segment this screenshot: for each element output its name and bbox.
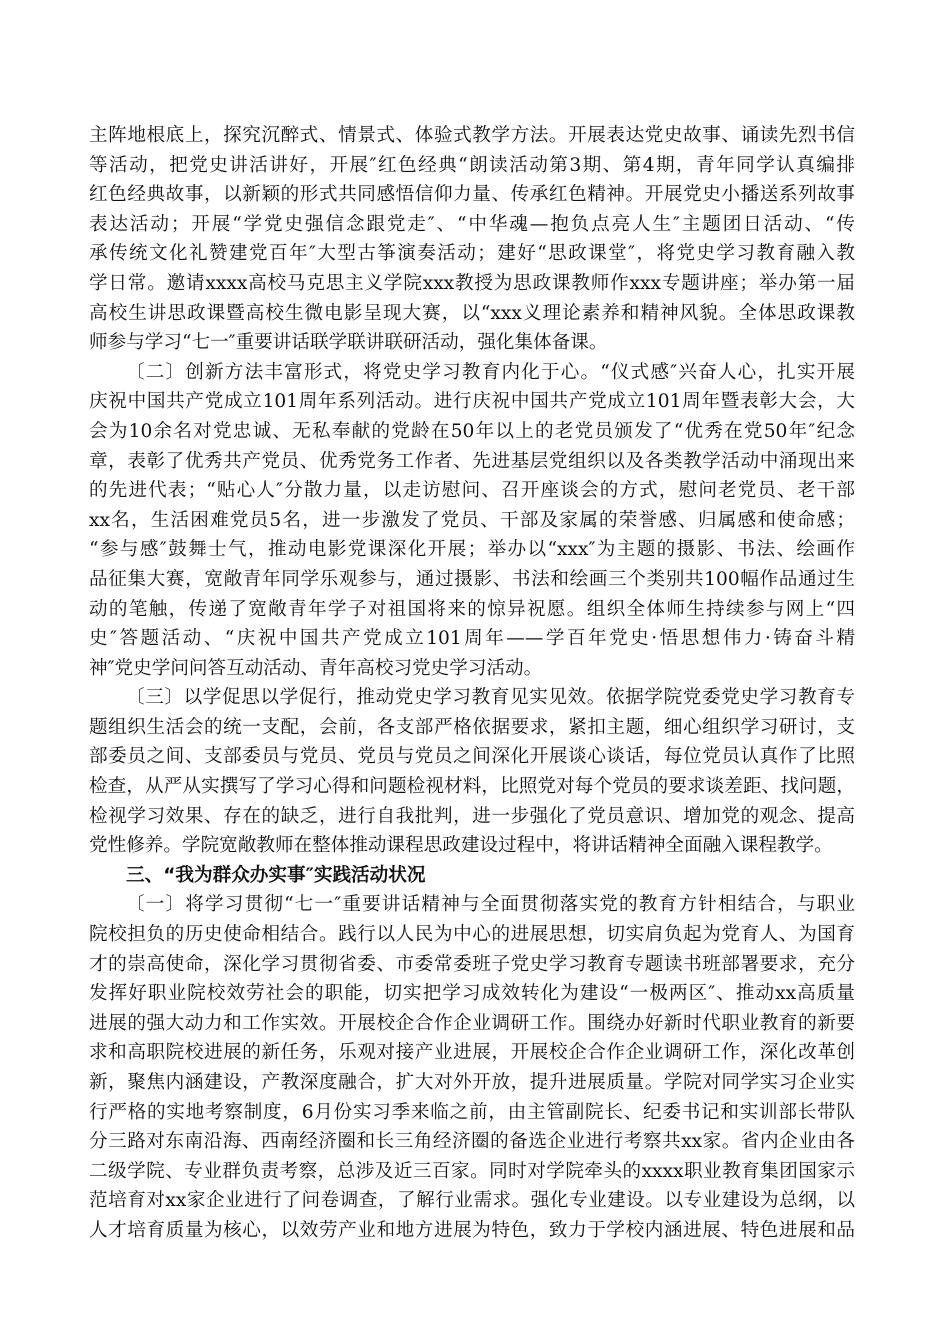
text-line: 师参与学习“七一″重要讲话联学联讲联研活动，强化集体备课。 xyxy=(89,328,855,358)
text-line: 史″答题活动、“庆祝中国共产党成立101周年——学百年党史·悟思想伟力·铸奋斗精 xyxy=(89,624,855,654)
text-line: 动的笔触，传递了宽敞青年学子对祖国将来的惊异祝愿。组织全体师生持续参与网上“四 xyxy=(89,595,855,625)
paragraph-section-one: 〔一〕将学习贯彻“七一″重要讲话精神与全面贯彻落实党的教育方针相结合，与职业 院… xyxy=(89,890,855,1245)
text-line: 人才培育质量为核心，以效劳产业和地方进展为特色，致力于学校内涵进展、特色进展和品 xyxy=(89,1216,855,1246)
text-line: 表达活动；开展“学党史强信念跟党走″、“中华魂—抱负点亮人生″主题团日活动、“传 xyxy=(89,210,855,240)
text-line: 学日常。邀请xxxx高校马克思主义学院xxx教授为思政课教师作xxx专题讲座；举… xyxy=(89,269,855,299)
text-line: 的先进代表；“贴心人″分散力量，以走访慰问、召开座谈会的方式，慰问老党员、老干部 xyxy=(89,476,855,506)
text-line: xx名，生活困难党员5名，进一步激发了党员、干部及家属的荣誉感、归属感和使命感； xyxy=(89,506,855,536)
text-line: 会为10余名对党忠诚、无私奉献的党龄在50年以上的老党员颁发了“优秀在党50年″… xyxy=(89,417,855,447)
text-line: 〔一〕将学习贯彻“七一″重要讲话精神与全面贯彻落实党的教育方针相结合，与职业 xyxy=(89,890,855,920)
section-heading: 三、“我为群众办实事″实践活动状况 xyxy=(89,861,855,891)
text-line: 庆祝中国共产党成立101周年系列活动。进行庆祝中国共产党成立101周年暨表彰大会… xyxy=(89,387,855,417)
text-line: 检视学习效果、存在的缺乏，进行自我批判，进一步强化了党员意识、增加党的观念、提高 xyxy=(89,802,855,832)
text-line: 神″党史学问问答互动活动、青年高校习党史学习活动。 xyxy=(89,654,855,684)
text-line: 品征集大赛，宽敞青年同学乐观参与，通过摄影、书法和绘画三个类别共100幅作品通过… xyxy=(89,565,855,595)
paragraph-section-two: 〔二〕创新方法丰富形式，将党史学习教育内化于心。“仪式感″兴奋人心，扎实开展 庆… xyxy=(89,358,855,684)
text-line: “参与感″鼓舞士气，推动电影党课深化开展；举办以“xxx″为主题的摄影、书法、绘… xyxy=(89,535,855,565)
text-line: 高校生讲思政课暨高校生微电影呈现大赛，以“xxx义理论素养和精神风貌。全体思政课… xyxy=(89,299,855,329)
text-line: 分三路对东南沿海、西南经济圈和长三角经济圈的备选企业进行考察共xx家。省内企业由… xyxy=(89,1127,855,1157)
text-line: 部委员之间、支部委员与党员、党员与党员之间深化开展谈心谈话，每位党员认真作了比照 xyxy=(89,742,855,772)
text-line: 党性修养。学院宽敞教师在整体推动课程思政建设过程中，将讲话精神全面融入课程教学。 xyxy=(89,831,855,861)
text-line: 章，表彰了优秀共产党员、优秀党务工作者、先进基层党组织以及各类教学活动中涌现出来 xyxy=(89,447,855,477)
text-line: 等活动，把党史讲活讲好，开展″红色经典“朗读活动第3期、第4期，青年同学认真编排 xyxy=(89,151,855,181)
text-line: 题组织生活会的统一支配，会前，各支部严格依据要求，紧扣主题，细心组织学习研讨，支 xyxy=(89,713,855,743)
text-line: 求和高职院校进展的新任务，乐观对接产业进展，开展校企合作企业调研工作，深化改革创 xyxy=(89,1038,855,1068)
text-line: 才的崇高使命，深化学习贯彻省委、市委常委班子党史学习教育专题读书班部署要求，充分 xyxy=(89,950,855,980)
document-page: 主阵地根底上，探究沉醉式、情景式、体验式教学方法。开展表达党史故事、诵读先烈书信… xyxy=(89,121,855,1246)
text-line: 〔三〕以学促思以学促行，推动党史学习教育见实见效。依据学院党委党史学习教育专 xyxy=(89,683,855,713)
text-line: 发挥好职业院校效劳社会的职能，切实把学习成效转化为建设“一极两区″、推动xx高质… xyxy=(89,979,855,1009)
text-line: 主阵地根底上，探究沉醉式、情景式、体验式教学方法。开展表达党史故事、诵读先烈书信 xyxy=(89,121,855,151)
paragraph-section-three: 〔三〕以学促思以学促行，推动党史学习教育见实见效。依据学院党委党史学习教育专 题… xyxy=(89,683,855,861)
text-line: 〔二〕创新方法丰富形式，将党史学习教育内化于心。“仪式感″兴奋人心，扎实开展 xyxy=(89,358,855,388)
text-line: 进展的强大动力和工作实效。开展校企合作企业调研工作。围绕办好新时代职业教育的新要 xyxy=(89,1009,855,1039)
paragraph-continued: 主阵地根底上，探究沉醉式、情景式、体验式教学方法。开展表达党史故事、诵读先烈书信… xyxy=(89,121,855,358)
text-line: 红色经典故事，以新颖的形式共同感悟信仰力量、传承红色精神。开展党史小播送系列故事 xyxy=(89,180,855,210)
text-line: 检查，从严从实撰写了学习心得和问题检视材料，比照党对每个党员的要求谈差距、找问题… xyxy=(89,772,855,802)
text-line: 新，聚焦内涵建设，产教深度融合，扩大对外开放，提升进展质量。学院对同学实习企业实 xyxy=(89,1068,855,1098)
text-line: 承传统文化礼赞建党百年″大型古筝演奏活动；建好“思政课堂″，将党史学习教育融入教 xyxy=(89,239,855,269)
text-line: 二级学院、专业群负责考察，总涉及近三百家。同时对学院牵头的xxxx职业教育集团国… xyxy=(89,1157,855,1187)
text-line: 院校担负的历史使命相结合。践行以人民为中心的进展思想，切实肩负起为党育人、为国育 xyxy=(89,920,855,950)
text-line: 行严格的实地考察制度，6月份实习季来临之前，由主管副院长、纪委书记和实训部长带队 xyxy=(89,1098,855,1128)
text-line: 范培育对xx家企业进行了问卷调查，了解行业需求。强化专业建设。以专业建设为总纲，… xyxy=(89,1186,855,1216)
